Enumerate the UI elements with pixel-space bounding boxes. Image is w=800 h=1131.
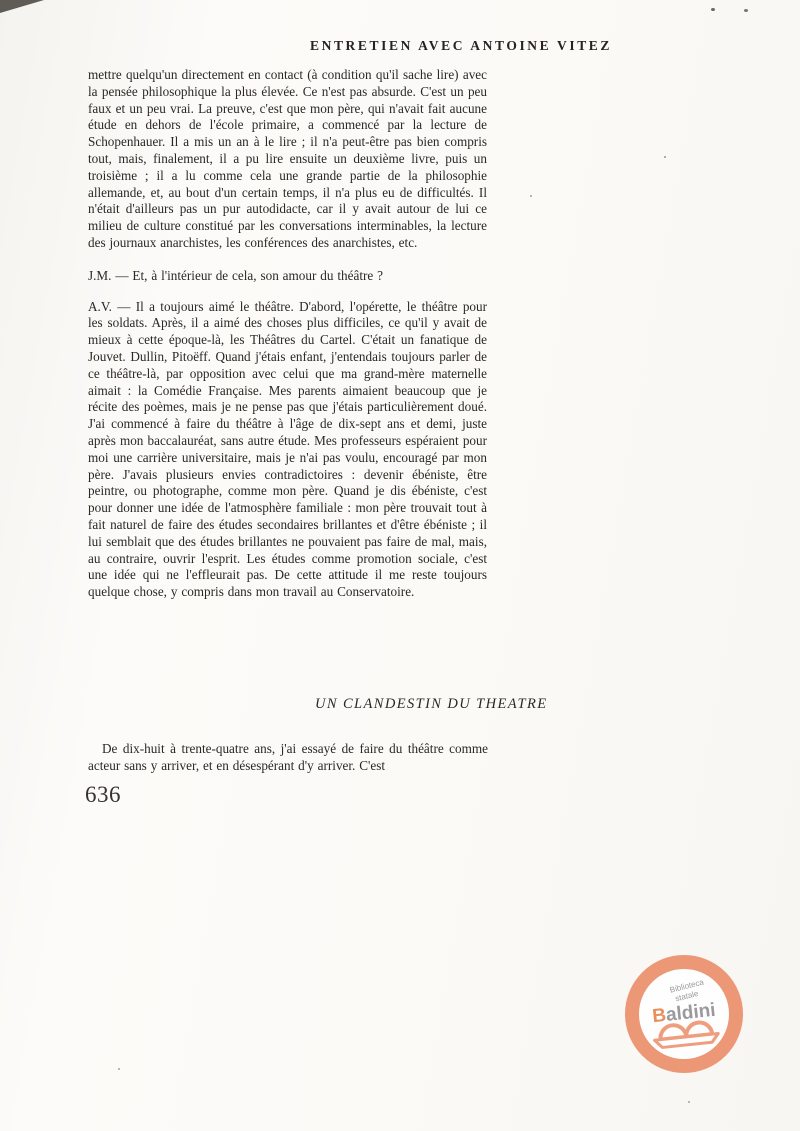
library-stamp: Biblioteca statale Baldini <box>623 953 745 1075</box>
scanned-page: ENTRETIEN AVEC ANTOINE VITEZ mettre quel… <box>0 0 800 1131</box>
scan-speck <box>688 1101 690 1103</box>
library-stamp-graphic: Biblioteca statale Baldini <box>623 953 745 1075</box>
page-number: 636 <box>85 782 121 808</box>
scan-speck <box>530 195 532 197</box>
closing-paragraph: De dix-huit à trente-quatre ans, j'ai es… <box>88 741 488 774</box>
scan-speck <box>711 8 715 11</box>
scan-corner-mark <box>0 0 44 13</box>
interviewee-answer: A.V. — Il a toujours aimé le théâtre. D'… <box>88 299 487 601</box>
body-text-block: mettre quelqu'un directement en contact … <box>88 67 487 617</box>
interviewer-question: J.M. — Et, à l'intérieur de cela, son am… <box>88 268 487 285</box>
paragraph-continuation: mettre quelqu'un directement en contact … <box>88 67 487 252</box>
running-head: ENTRETIEN AVEC ANTOINE VITEZ <box>310 38 612 54</box>
section-heading: UN CLANDESTIN DU THEATRE <box>315 696 547 713</box>
scan-speck <box>664 156 666 158</box>
scan-speck <box>118 1068 120 1070</box>
scan-speck <box>744 9 748 12</box>
closing-paragraph-block: De dix-huit à trente-quatre ans, j'ai es… <box>88 741 488 774</box>
